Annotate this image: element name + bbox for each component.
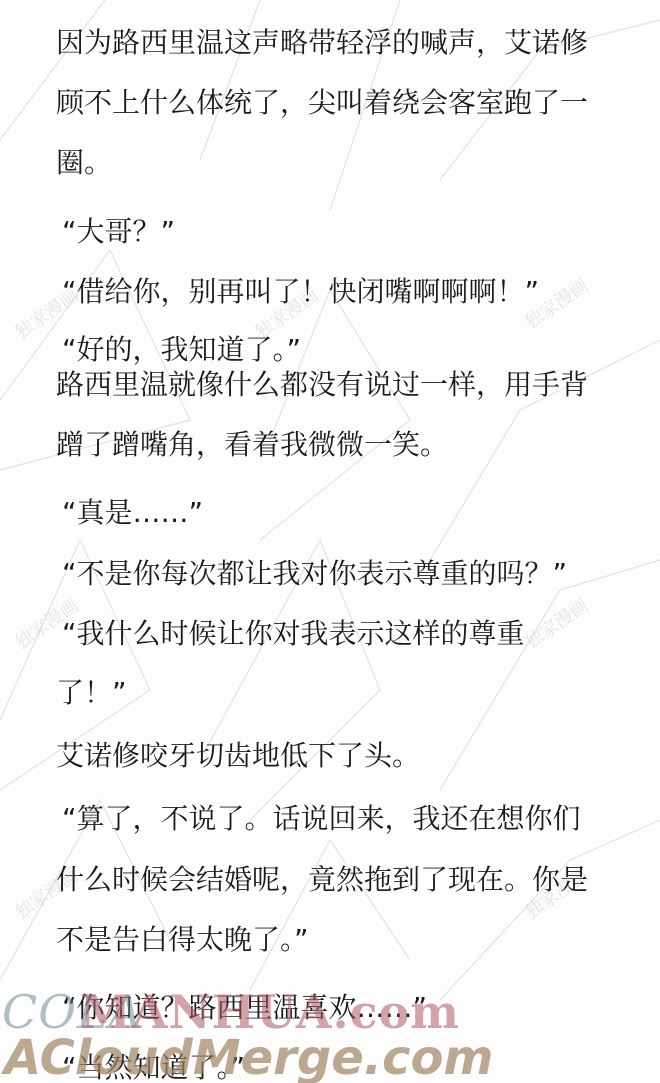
text-line: “借给你，别再叫了！快闭嘴啊啊啊！” [62,275,539,309]
faint-watermark: 独家漫画 [519,592,593,655]
text-line: “不是你每次都让我对你表示尊重的吗？” [62,557,567,591]
text-line: 了！” [56,676,127,710]
text-line: 蹭了蹭嘴角，看着我微微一笑。 [56,428,448,462]
text-line: 不是告白得太晚了。” [56,923,309,957]
watermark-acloudmerge: ACloudMerge.com [4,1030,493,1083]
text-line: 艾诺修咬牙切齿地低下了头。 [56,739,420,773]
text-line: 因为路西里温这声略带轻浮的喊声，艾诺修 [56,26,588,60]
text-line: “大哥？” [62,215,175,249]
text-line: 圈。 [56,146,112,180]
text-line: 顾不上什么体统了，尖叫着绕会客室跑了一 [56,86,588,120]
text-line: “算了，不说了。话说回来，我还在想你们 [62,802,581,836]
text-line: “真是……” [62,496,203,530]
text-line: “好的，我知道了。” [62,333,301,367]
text-line: “我什么时候让你对我表示这样的尊重 [62,617,525,651]
text-line: 路西里温就像什么都没有说过一样，用手背 [56,368,588,402]
text-line: 什么时候会结婚呢，竟然拖到了现在。你是 [56,863,588,897]
